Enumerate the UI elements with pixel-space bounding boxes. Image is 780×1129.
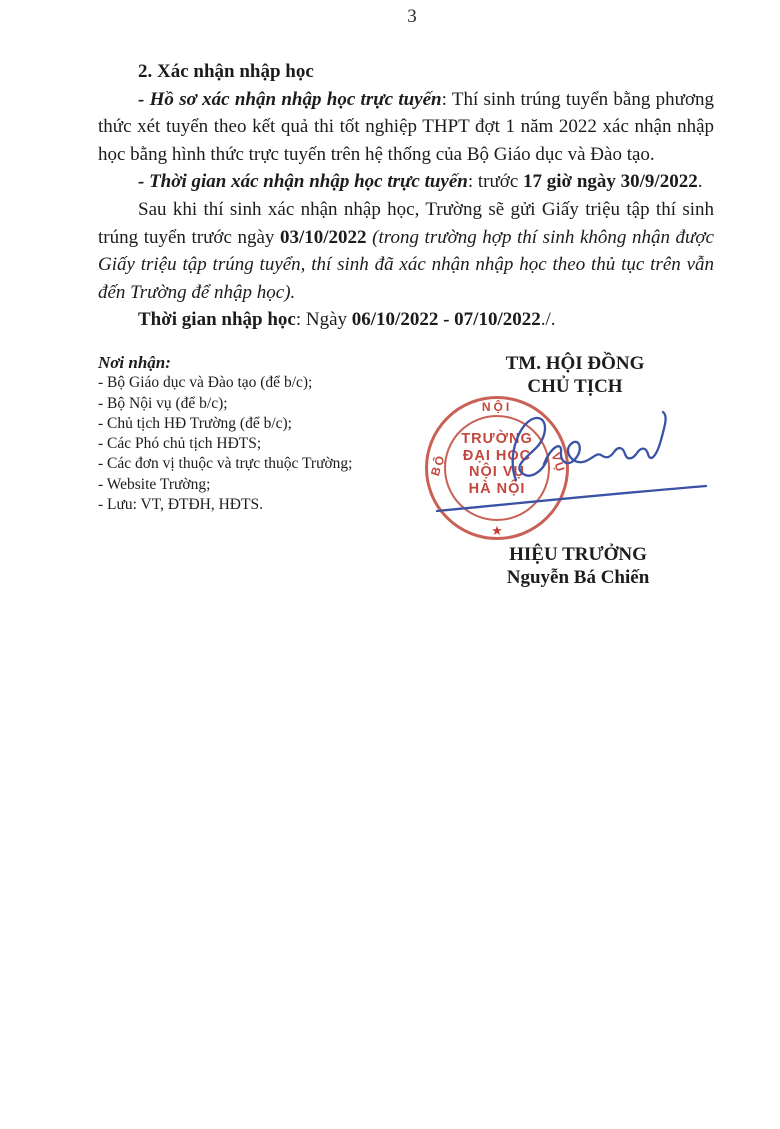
document-body: 2. Xác nhận nhập học - Hồ sơ xác nhận nh… bbox=[98, 58, 714, 334]
paragraph-summons: Sau khi thí sinh xác nhận nhập học, Trườ… bbox=[98, 196, 714, 306]
recipient-item: - Bộ Giáo dục và Đào tạo (để b/c); bbox=[98, 373, 428, 393]
paragraph-admission-mid: : Ngày bbox=[296, 309, 352, 330]
recipient-item: - Website Trường; bbox=[98, 475, 428, 495]
paragraph-deadline-mid: : trước bbox=[468, 171, 523, 192]
recipient-item: - Lưu: VT, ĐTĐH, HĐTS. bbox=[98, 495, 428, 515]
recipient-item: - Các đơn vị thuộc và trực thuộc Trường; bbox=[98, 454, 428, 474]
paragraph-deadline-end: . bbox=[698, 171, 703, 192]
signing-authority-line1: TM. HỘI ĐỒNG bbox=[425, 352, 725, 375]
paragraph-deadline: - Thời gian xác nhận nhập học trực tuyến… bbox=[98, 168, 714, 196]
recipient-item: - Bộ Nội vụ (để b/c); bbox=[98, 394, 428, 414]
paragraph-deadline-date: 17 giờ ngày 30/9/2022 bbox=[523, 171, 698, 192]
paragraph-dossier: - Hồ sơ xác nhận nhập học trực tuyến: Th… bbox=[98, 86, 714, 169]
signer-block: HIỆU TRƯỞNG Nguyễn Bá Chiến bbox=[428, 543, 728, 589]
paragraph-admission-dates: 06/10/2022 - 07/10/2022 bbox=[352, 309, 541, 330]
signature-ink bbox=[420, 390, 720, 530]
paragraph-admission-time: Thời gian nhập học: Ngày 06/10/2022 - 07… bbox=[98, 306, 714, 334]
signer-name: Nguyễn Bá Chiến bbox=[428, 566, 728, 589]
paragraph-deadline-lead: - Thời gian xác nhận nhập học trực tuyến bbox=[138, 171, 468, 192]
recipient-item: - Các Phó chủ tịch HĐTS; bbox=[98, 434, 428, 454]
paragraph-admission-end: ./. bbox=[541, 309, 556, 330]
section-heading: 2. Xác nhận nhập học bbox=[98, 58, 714, 86]
paragraph-dossier-lead: - Hồ sơ xác nhận nhập học trực tuyến bbox=[138, 89, 442, 110]
recipients-block: Nơi nhận: - Bộ Giáo dục và Đào tạo (để b… bbox=[98, 353, 428, 515]
document-page: 3 2. Xác nhận nhập học - Hồ sơ xác nhận … bbox=[0, 0, 780, 1129]
paragraph-admission-lead: Thời gian nhập học bbox=[138, 309, 296, 330]
paragraph-summons-date: 03/10/2022 bbox=[280, 227, 367, 248]
recipients-label: Nơi nhận: bbox=[98, 353, 428, 373]
recipient-item: - Chủ tịch HĐ Trường (để b/c); bbox=[98, 414, 428, 434]
page-number: 3 bbox=[22, 6, 780, 28]
signer-title: HIỆU TRƯỞNG bbox=[428, 543, 728, 566]
